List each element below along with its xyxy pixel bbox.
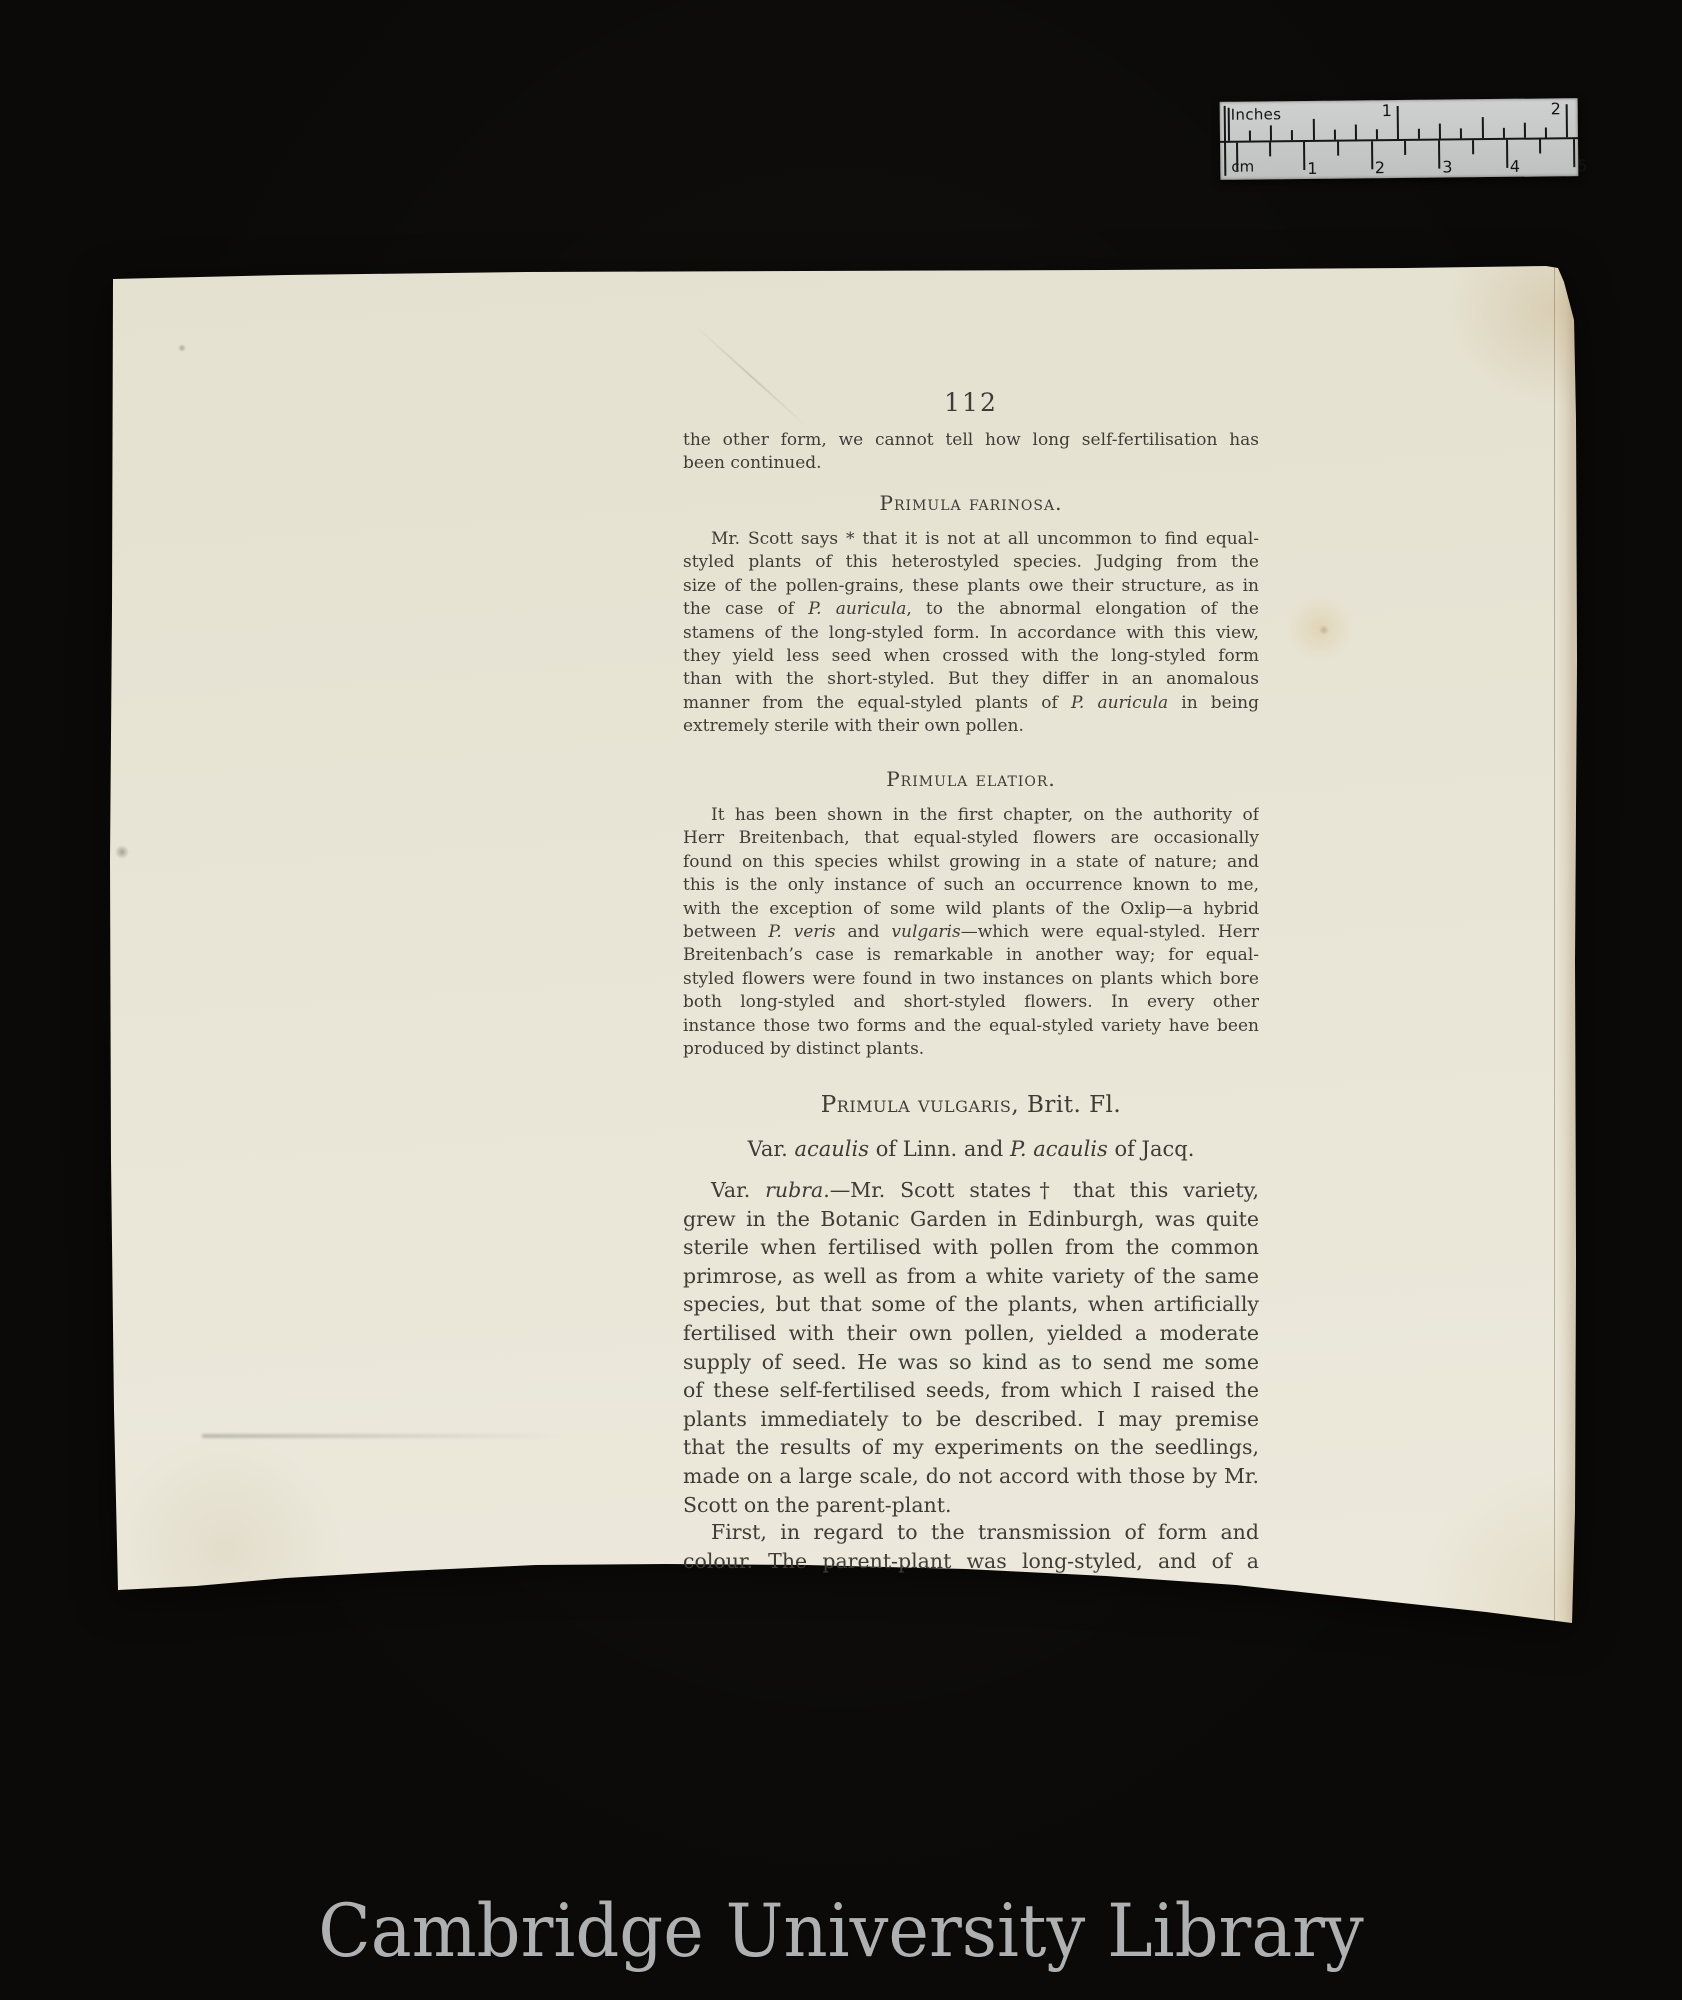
ruler-ticks: 1212345 [1220, 98, 1578, 102]
ruler-tick [1355, 124, 1357, 139]
text-line: between P. veris and vulgaris—which were… [683, 921, 1259, 944]
paragraph-var-rubra: Var. rubra.—Mr. Scott states† that this … [683, 1176, 1259, 1519]
text-line: with the exception of some wild plants o… [683, 898, 1259, 921]
ruler-tick [1418, 129, 1420, 139]
text-line: It has been shown in the first chapter, … [683, 804, 1259, 827]
ruler-tick [1472, 140, 1474, 154]
ruler-tick [1270, 125, 1272, 140]
text-line: Scott on the parent-plant. [683, 1491, 1259, 1520]
text-line: fertilised with their own pollen, yielde… [683, 1319, 1259, 1348]
ruler-tick [1334, 130, 1336, 140]
ruler-tick [1573, 139, 1575, 167]
heading-vulgaris-rest: Brit. Fl. [1019, 1092, 1121, 1118]
text-line: than with the short-styled. But they dif… [683, 668, 1259, 691]
text-line: species, but that some of the plants, wh… [683, 1290, 1259, 1319]
ruler-tick [1404, 141, 1406, 155]
text-line: manner from the equal-styled plants of P… [683, 692, 1259, 715]
ruler-number: 1 [1307, 159, 1317, 178]
text-line: First, in regard to the transmission of … [683, 1518, 1259, 1547]
text-line: Mr. Scott says * that it is not at all u… [683, 528, 1259, 551]
paragraph-first-in-regard: First, in regard to the transmission of … [683, 1518, 1259, 1575]
ruler-tick [1291, 130, 1293, 140]
ruler-tick [1303, 142, 1305, 170]
heading-vulgaris-smallcaps: Primula vulgaris, [821, 1092, 1019, 1118]
text-line: Var. rubra.—Mr. Scott states† that this … [683, 1176, 1259, 1205]
ruler-tick [1312, 119, 1314, 140]
ruler-number: 2 [1375, 158, 1385, 177]
ruler-number: 1 [1382, 101, 1392, 120]
text-line: Breitenbach’s case is remarkable in anot… [683, 944, 1259, 967]
text-line: stamens of the long-styled form. In acco… [683, 622, 1259, 645]
ruler-tick [1524, 123, 1526, 138]
ruler-tick [1506, 140, 1508, 168]
page-text-column: 112 the other form, we cannot tell how l… [683, 0, 1259, 2000]
subheading-var-acaulis: Var. acaulis of Linn. and P. acaulis of … [683, 1136, 1259, 1162]
library-scan-scene: Inches cm 1212345 112 the other form, we… [0, 0, 1682, 2000]
heading-primula-farinosa: Primula farinosa. [683, 491, 1259, 515]
text-line: instance those two forms and the equal-s… [683, 1015, 1259, 1038]
pencil-smudge [202, 1434, 562, 1438]
ruler-tick [1545, 127, 1547, 137]
text-line: the other form, we cannot tell how long … [683, 429, 1259, 452]
ruler-number: 4 [1510, 157, 1520, 176]
library-watermark: Cambridge University Library [318, 1892, 1364, 1972]
text-line: made on a large scale, do not accord wit… [683, 1462, 1259, 1491]
ruler-tick [1439, 124, 1441, 139]
ruler-tick [1481, 117, 1483, 138]
text-line: sterile when fertilised with pollen from… [683, 1233, 1259, 1262]
heading-primula-vulgaris: Primula vulgaris, Brit. Fl. [683, 1090, 1259, 1120]
ruler-tick [1397, 106, 1399, 139]
text-line: been continued. [683, 452, 1259, 475]
text-line: primrose, as well as from a white variet… [683, 1262, 1259, 1291]
ruler-number: 3 [1442, 157, 1452, 176]
ruler-tick [1460, 128, 1462, 138]
text-line: that the results of my experiments on th… [683, 1433, 1259, 1462]
text-line: both long-styled and short-styled flower… [683, 991, 1259, 1014]
text-line: this is the only instance of such an occ… [683, 874, 1259, 897]
text-line: extremely sterile with their own pollen. [683, 715, 1259, 738]
ruler-tick [1438, 141, 1440, 169]
ruler-midline [1220, 137, 1578, 143]
text-line: found on this species whilst growing in … [683, 851, 1259, 874]
ruler-tick [1371, 141, 1373, 169]
text-line: supply of seed. He was so kind as to sen… [683, 1348, 1259, 1377]
page-number: 112 [683, 388, 1259, 418]
ruler-tick [1503, 128, 1505, 138]
text-line: plants immediately to be described. I ma… [683, 1405, 1259, 1434]
paragraph-farinosa: Mr. Scott says * that it is not at all u… [683, 528, 1259, 739]
text-line: Herr Breitenbach, that equal-styled flow… [683, 827, 1259, 850]
text-line: grew in the Botanic Garden in Edinburgh,… [683, 1205, 1259, 1234]
text-line: produced by distinct plants. [683, 1038, 1259, 1061]
ruler-tick [1376, 129, 1378, 139]
measurement-ruler: Inches cm 1212345 [1220, 98, 1579, 180]
paragraph-continuation: the other form, we cannot tell how long … [683, 429, 1259, 476]
text-line: they yield less seed when crossed with t… [683, 645, 1259, 668]
text-line: size of the pollen-grains, these plants … [683, 575, 1259, 598]
paper-fold-edge [1554, 266, 1580, 1624]
text-line: colour. The parent-plant was long-styled… [683, 1547, 1259, 1576]
ruler-tick [1269, 142, 1271, 156]
text-line: of these self-fertilised seeds, from whi… [683, 1376, 1259, 1405]
ruler-number: 5 [1577, 156, 1587, 175]
text-line: styled flowers were found in two instanc… [683, 968, 1259, 991]
heading-primula-elatior: Primula elatior. [683, 767, 1259, 791]
ruler-number: 2 [1551, 99, 1561, 118]
ruler-tick [1337, 142, 1339, 156]
text-line: the case of P. auricula, to the abnormal… [683, 598, 1259, 621]
ruler-tick [1566, 104, 1568, 137]
text-line: styled plants of this heterostyled speci… [683, 551, 1259, 574]
paragraph-elatior: It has been shown in the first chapter, … [683, 804, 1259, 1061]
ruler-tick [1539, 140, 1541, 154]
